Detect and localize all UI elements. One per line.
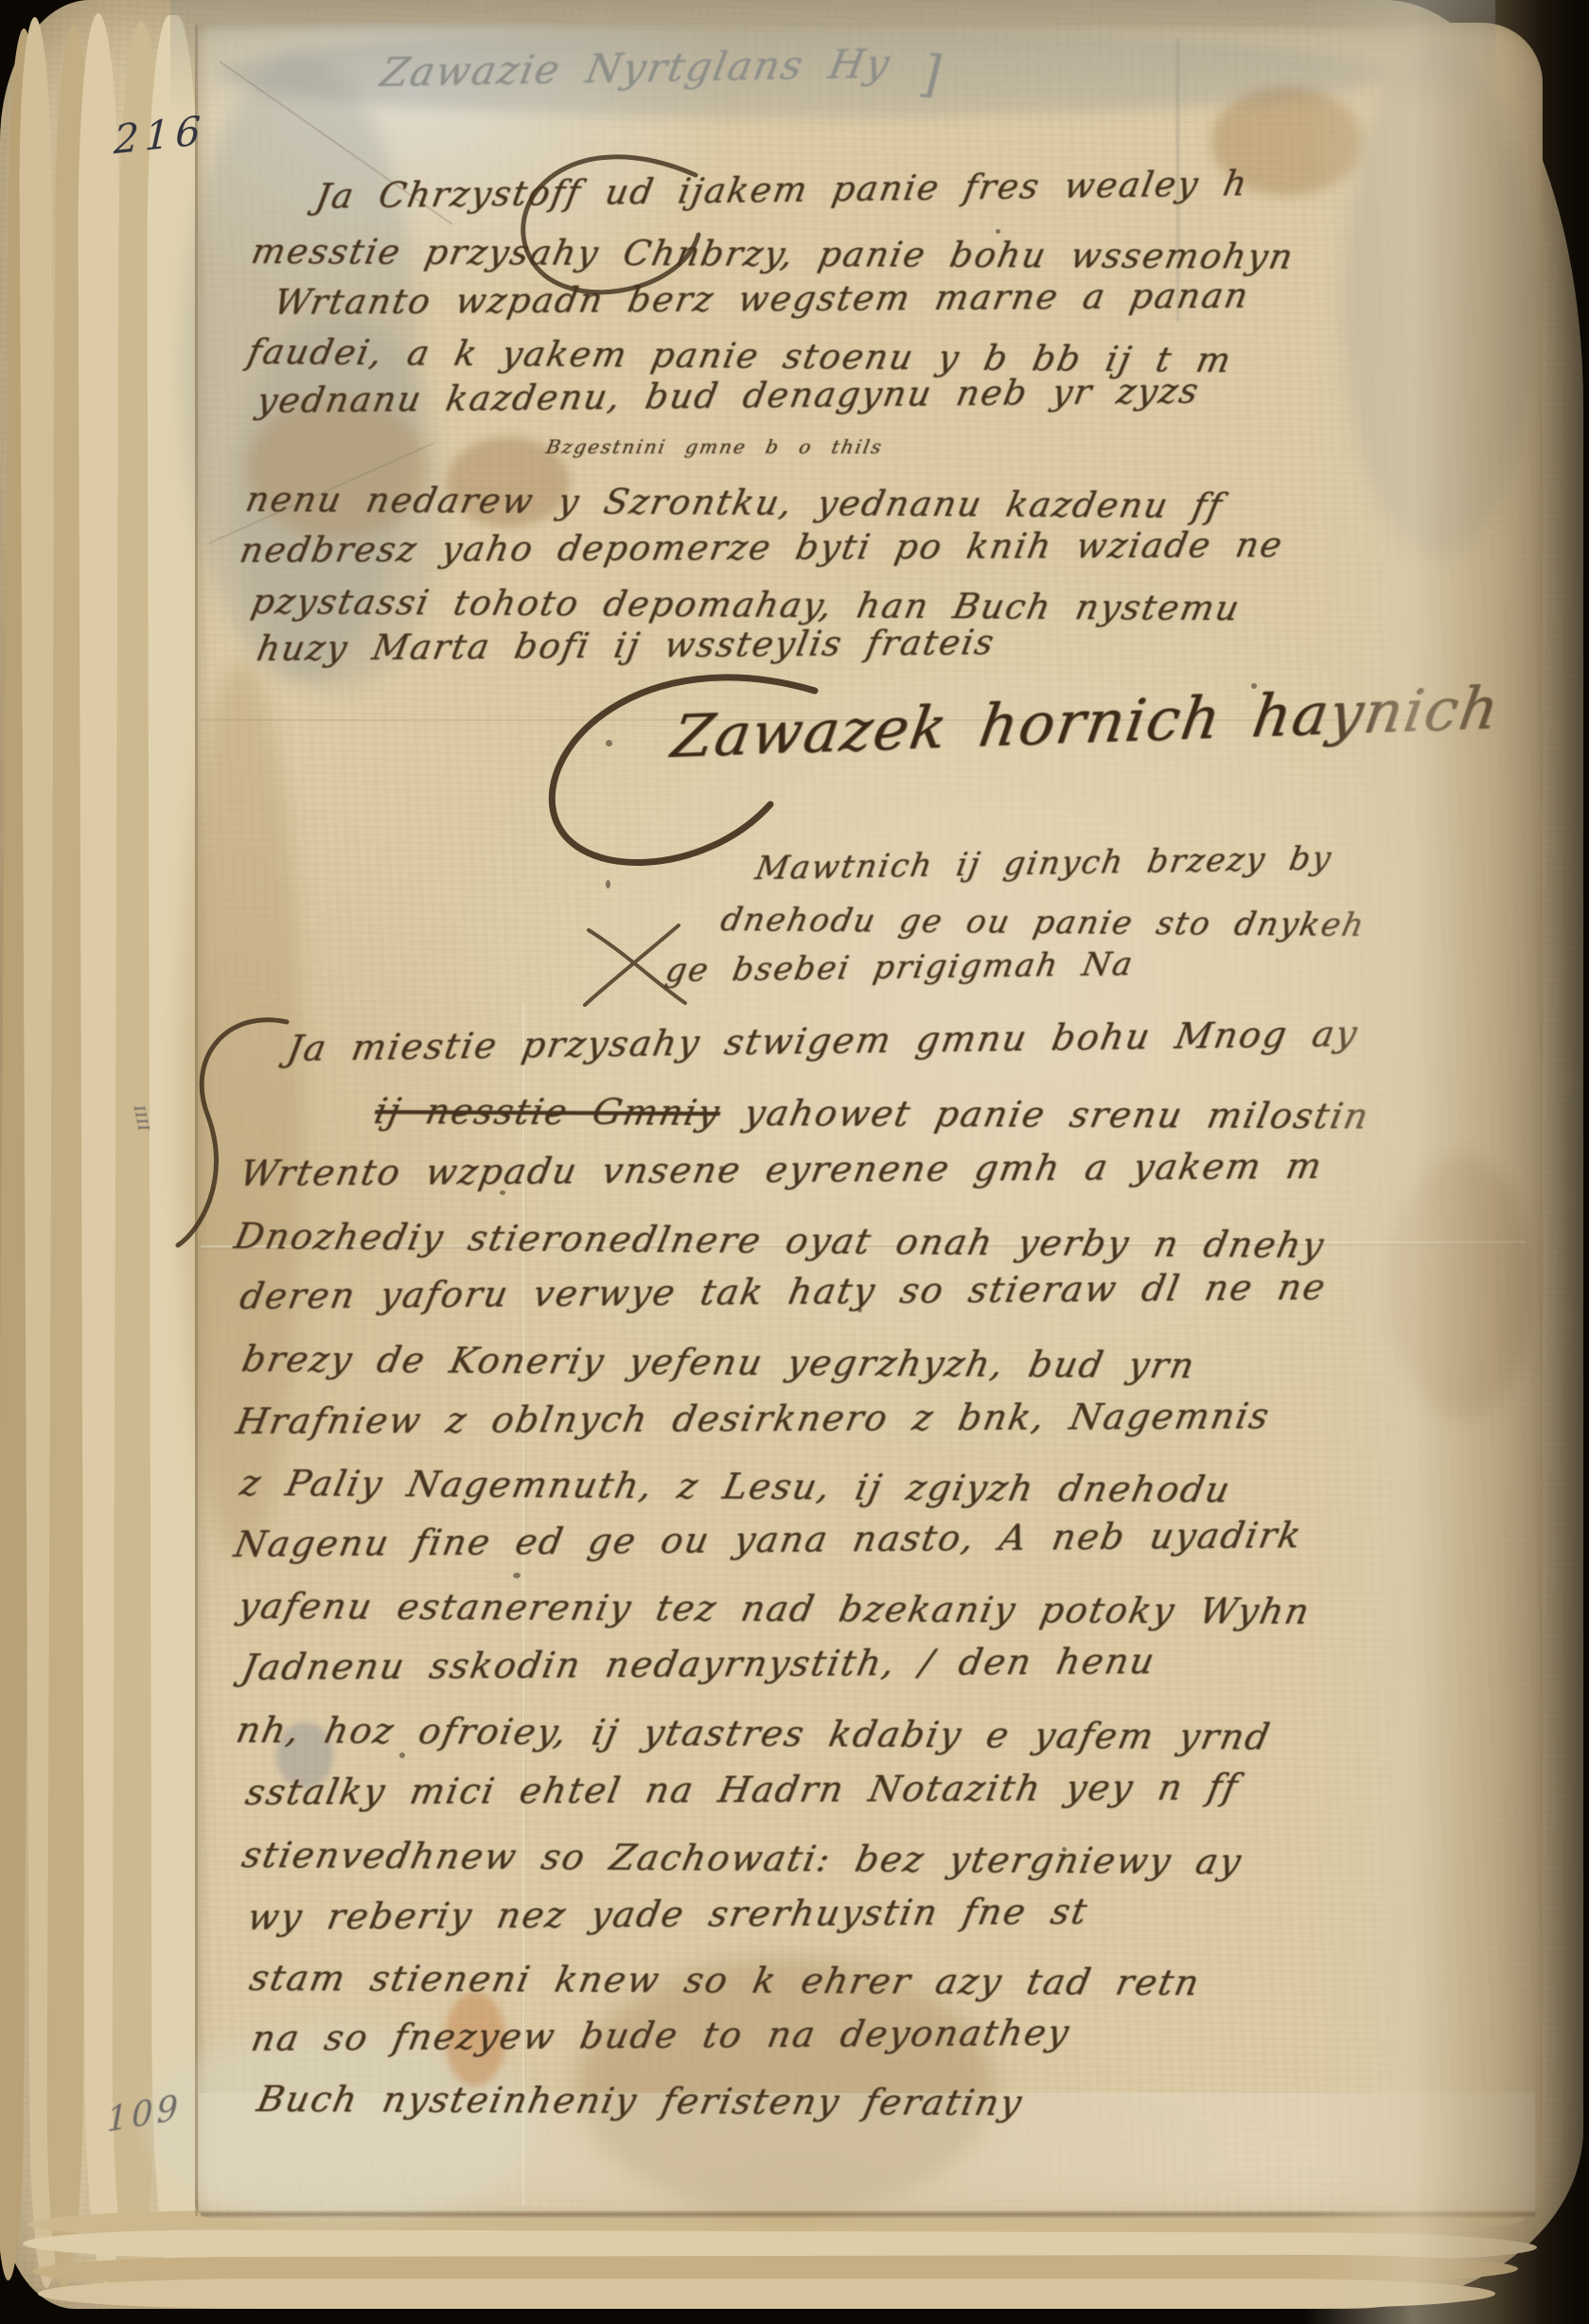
handwritten-line: huzy Marta bofi ij wssteylis frateis [254, 622, 998, 669]
handwritten-line: Buch nysteinheniy feristeny feratiny [254, 2078, 1027, 2123]
struck-through-text: ij nesstie Gmniy [371, 1090, 724, 1134]
handwritten-line: yafenu estanereniy tez nad bzekaniy poto… [235, 1585, 1315, 1632]
handwritten-line: stam stieneni knew so k ehrer azy tad re… [246, 1957, 1204, 2003]
handwritten-line: Hrafniew z oblnych desirknero z bnk, Nag… [233, 1395, 1274, 1442]
handwritten-line: wy reberiy nez yade srerhuystin fne st [244, 1891, 1092, 1938]
handwritten-line: stienvedhnew so Zachowati: bez ytergniew… [238, 1834, 1246, 1882]
handwritten-line: sstalky mici ehtel na Hadrn Notazith yey… [242, 1766, 1243, 1813]
page-edge-strip-bottom [38, 2279, 1495, 2309]
handwritten-line: nedbresz yaho depomerze byti po knih wzi… [237, 524, 1287, 571]
manuscript-scan: 216 109 Zawazie Nyrtglans Hy ] IIII Ja C… [0, 0, 1589, 2324]
handwritten-line: na so fnezyew bude to na deyonathey [248, 2012, 1074, 2059]
handwritten-line: ge bsebei prigigmah Na [662, 945, 1137, 990]
handwritten-line: Wrtanto wzpadn berz wegstem marne a pana… [271, 275, 1253, 323]
handwritten-line: pzystassi tohoto depomahay, han Buch nys… [248, 581, 1245, 628]
handwritten-line: nh, hoz ofroiey, ij ytastres kdabiy e ya… [233, 1709, 1275, 1758]
handwritten-line: Jadnenu sskodin nedayrnystith, / den hen… [238, 1640, 1159, 1688]
folio-number-ink: 216 [113, 107, 206, 164]
faded-header-bracket: ] [920, 45, 944, 103]
faded-header-inscription: Zawazie Nyrtglans Hy [377, 40, 895, 96]
handwritten-line: Wrtento wzpadu vnsene eyrenene gmh a yak… [237, 1145, 1327, 1194]
handwritten-line: brezy de Koneriy yefenu yegrzhyzh, bud y… [238, 1338, 1199, 1386]
interline-note: Bzgestnini gmne b o thils [544, 435, 885, 458]
handwritten-line: z Paliy Nagemnuth, z Lesu, ij zgiyzh dne… [237, 1462, 1235, 1510]
handwritten-line: dnehodu ge ou panie sto dnykeh [717, 901, 1368, 944]
handwritten-line: nenu nedarew y Szrontku, yednanu kazdenu… [242, 479, 1227, 526]
handwritten-line: ij nesstie Gmniy yahowet panie srenu mil… [371, 1090, 1373, 1136]
handwritten-line: messtie przysahy Chnbrzy, panie bohu wss… [248, 231, 1298, 277]
